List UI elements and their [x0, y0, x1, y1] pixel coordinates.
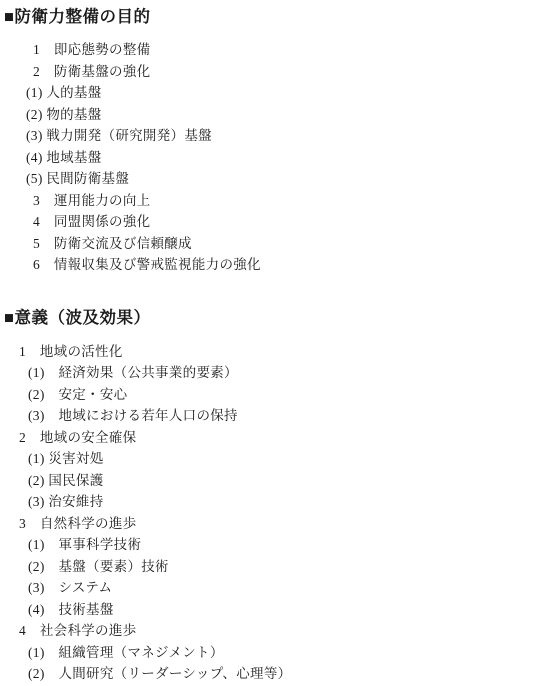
- item-list: 1 即応態勢の整備2 防衛基盤の強化(1) 人的基盤(2) 物的基盤(3) 戦力…: [0, 39, 543, 276]
- list-item: 5 防衛交流及び信頼醸成: [0, 233, 543, 255]
- list-item: (2) 物的基盤: [0, 104, 543, 126]
- list-item: (1) 人的基盤: [0, 82, 543, 104]
- list-item: 2 防衛基盤の強化: [0, 61, 543, 83]
- list-item: (2) 安定・安心: [0, 384, 543, 406]
- list-item: (1) 軍事科学技術: [0, 534, 543, 556]
- list-item: (3) 治安維持: [0, 491, 543, 513]
- list-item: 3 自然科学の進歩: [0, 513, 543, 535]
- list-item: (2) 基盤（要素）技術: [0, 556, 543, 578]
- section-purpose: ■防衛力整備の目的 1 即応態勢の整備2 防衛基盤の強化(1) 人的基盤(2) …: [0, 5, 543, 276]
- list-item: (2) 国民保護: [0, 470, 543, 492]
- list-item: (2) 人間研究（リーダーシップ、心理等）: [0, 663, 543, 685]
- list-item: (5) 民間防衛基盤: [0, 168, 543, 190]
- list-item: (1) 経済効果（公共事業的要素）: [0, 362, 543, 384]
- section-significance: ■意義（波及効果） 1 地域の活性化(1) 経済効果（公共事業的要素）(2) 安…: [0, 306, 543, 685]
- list-item: (4) 技術基盤: [0, 599, 543, 621]
- list-item: (1) 災害対処: [0, 448, 543, 470]
- document-page: ■防衛力整備の目的 1 即応態勢の整備2 防衛基盤の強化(1) 人的基盤(2) …: [0, 5, 543, 686]
- list-item: 3 運用能力の向上: [0, 190, 543, 212]
- section-title: ■防衛力整備の目的: [0, 5, 543, 28]
- section-title: ■意義（波及効果）: [0, 306, 543, 329]
- list-item: (3) システム: [0, 577, 543, 599]
- list-item: 4 社会科学の進歩: [0, 620, 543, 642]
- list-item: (1) 組織管理（マネジメント）: [0, 642, 543, 664]
- list-item: 4 同盟関係の強化: [0, 211, 543, 233]
- list-item: 2 地域の安全確保: [0, 427, 543, 449]
- item-list: 1 地域の活性化(1) 経済効果（公共事業的要素）(2) 安定・安心(3) 地域…: [0, 341, 543, 685]
- list-item: (4) 地域基盤: [0, 147, 543, 169]
- list-item: 1 即応態勢の整備: [0, 39, 543, 61]
- list-item: (3) 地域における若年人口の保持: [0, 405, 543, 427]
- list-item: (3) 戦力開発（研究開発）基盤: [0, 125, 543, 147]
- list-item: 1 地域の活性化: [0, 341, 543, 363]
- list-item: 6 情報収集及び警戒監視能力の強化: [0, 254, 543, 276]
